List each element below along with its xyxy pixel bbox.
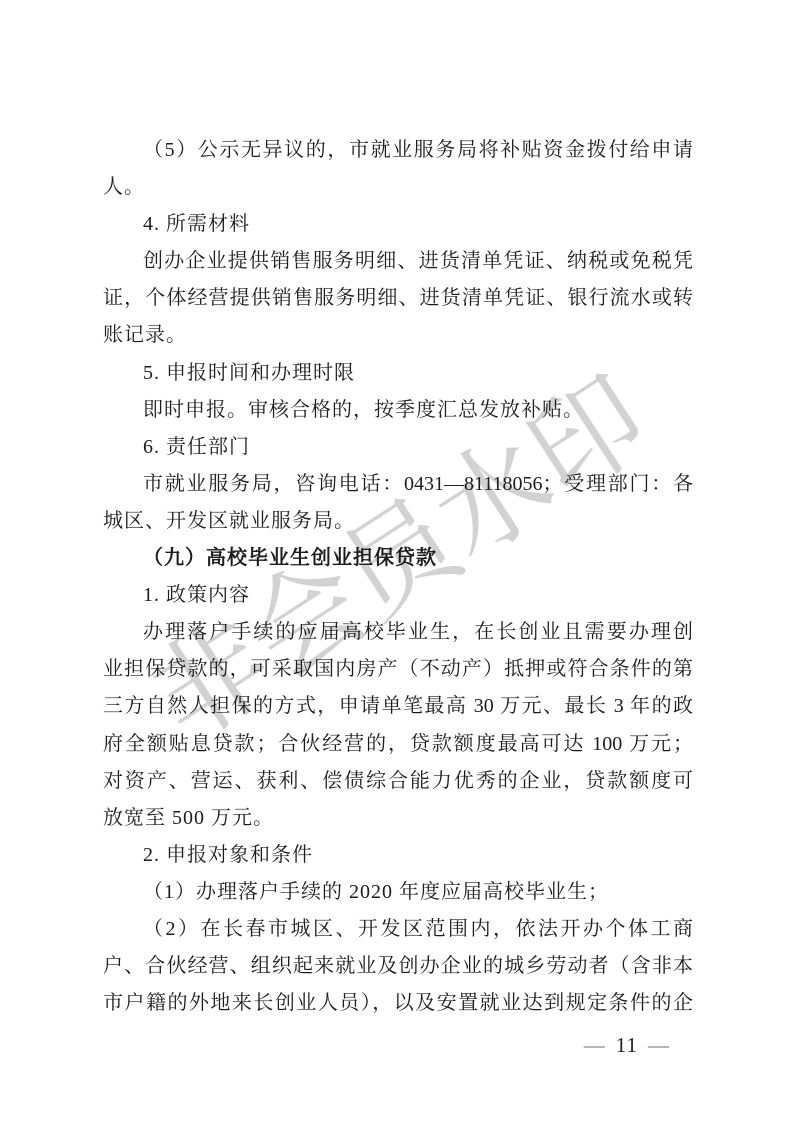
section-9-heading: （九）高校毕业生创业担保贷款 — [103, 540, 693, 577]
text-line: （5）公示无异议的，市就业服务局将补贴资金拨付给申请 — [103, 132, 693, 169]
text-line: 三方自然人担保的方式，申请单笔最高 30 万元、最长 3 年的政 — [103, 688, 693, 725]
list-item-6-heading: 6. 责任部门 — [103, 429, 693, 466]
page-number-dash-left: — — [574, 1033, 616, 1057]
list-item-4-heading: 4. 所需材料 — [103, 206, 693, 243]
text-line: 业担保贷款的，可采取国内房产（不动产）抵押或符合条件的第 — [103, 651, 693, 688]
list-item-1-heading: 1. 政策内容 — [103, 577, 693, 614]
text-line: 对资产、营运、获利、偿债综合能力优秀的企业，贷款额度可 — [103, 763, 693, 800]
text-line: 城区、开发区就业服务局。 — [103, 503, 693, 540]
text-line: 市户籍的外地来长创业人员），以及安置就业达到规定条件的企 — [103, 985, 693, 1022]
page-number: —11— — [574, 1030, 680, 1060]
text-line: 放宽至 500 万元。 — [103, 800, 693, 837]
text-line: （2）在长春市城区、开发区范围内，依法开办个体工商 — [103, 911, 693, 948]
page-number-value: 11 — [616, 1033, 638, 1057]
document-body: （5）公示无异议的，市就业服务局将补贴资金拨付给申请 人。 4. 所需材料 创办… — [103, 132, 693, 1022]
text-line: 户、合伙经营、组织起来就业及创办企业的城乡劳动者（含非本 — [103, 948, 693, 985]
list-item-2-heading: 2. 申报对象和条件 — [103, 837, 693, 874]
page-number-dash-right: — — [638, 1033, 680, 1057]
text-line: 人。 — [103, 169, 693, 206]
text-line: 即时申报。审核合格的，按季度汇总发放补贴。 — [103, 392, 693, 429]
document-page: 非会员水印 （5）公示无异议的，市就业服务局将补贴资金拨付给申请 人。 4. 所… — [0, 0, 793, 1122]
contact-phone-line: 市就业服务局，咨询电话：0431—81118056；受理部门：各 — [103, 466, 693, 503]
text-line: 账记录。 — [103, 317, 693, 354]
text-line: 府全额贴息贷款；合伙经营的，贷款额度最高可达 100 万元； — [103, 726, 693, 763]
text-line: 办理落户手续的应届高校毕业生，在长创业且需要办理创 — [103, 614, 693, 651]
list-item-5-heading: 5. 申报时间和办理时限 — [103, 355, 693, 392]
text-line: 证，个体经营提供销售服务明细、进货清单凭证、银行流水或转 — [103, 280, 693, 317]
text-line: （1）办理落户手续的 2020 年度应届高校毕业生； — [103, 874, 693, 911]
text-line: 创办企业提供销售服务明细、进货清单凭证、纳税或免税凭 — [103, 243, 693, 280]
